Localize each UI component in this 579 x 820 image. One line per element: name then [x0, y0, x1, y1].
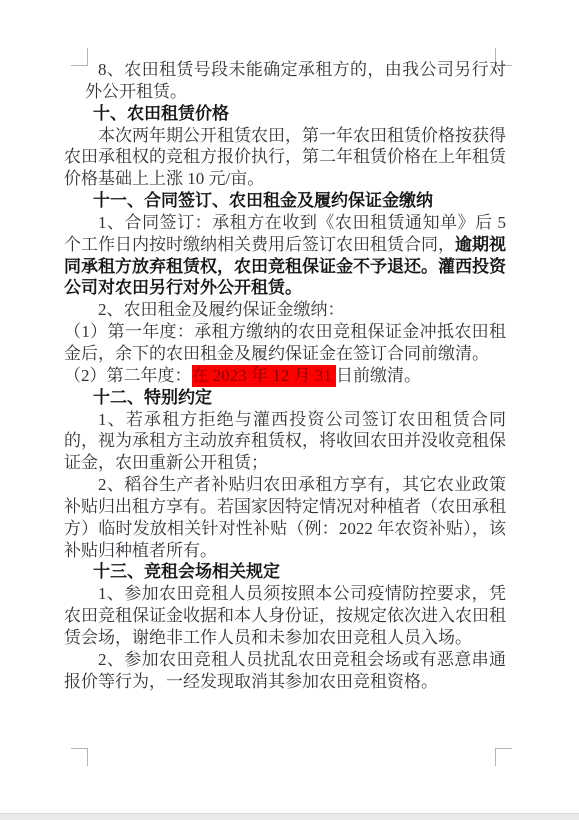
document-page: 8、农田租赁号段未能确定承租方的，由我公司另行对外公开租赁。 十、农田租赁价格 …	[0, 0, 579, 820]
contract-signing-normal-text: 1、合同签订：承租方在收到《农田租赁通知单》后 5 个工作日内按时缴纳相关费用后…	[64, 213, 506, 254]
para-contract-signing: 1、合同签订：承租方在收到《农田租赁通知单》后 5 个工作日内按时缴纳相关费用后…	[64, 212, 506, 299]
para-special-term-2: 2、稻谷生产者补贴归农田承租方享有，其它农业政策补贴归出租方享有。若国家因特定情…	[64, 474, 506, 561]
page-edge-strip	[0, 813, 579, 820]
para-payment-intro: 2、农田租金及履约保证金缴纳：	[64, 299, 506, 321]
second-year-prefix: （2）第二年度：	[64, 366, 192, 385]
heading-12-special-terms: 十二、特别约定	[64, 387, 506, 409]
para-first-year: （1）第一年度：承租方缴纳的农田竞租保证金冲抵农田租金后，余下的农田租金及履约保…	[64, 321, 506, 365]
deadline-date-highlight: 在 2023 年 12 月 31	[192, 365, 337, 387]
document-text-block: 8、农田租赁号段未能确定承租方的，由我公司另行对外公开租赁。 十、农田租赁价格 …	[64, 59, 506, 692]
para-venue-rule-2: 2、参加农田竞租人员扰乱农田竞租会场或有恶意串通报价等行为，一经发现取消其参加农…	[64, 649, 506, 693]
heading-10-rental-price: 十、农田租赁价格	[64, 103, 506, 125]
para-venue-rule-1: 1、参加农田竞租人员须按照本公司疫情防控要求，凭农田竞租保证金收据和本人身份证，…	[64, 583, 506, 649]
crop-mark-bottom-right	[495, 748, 512, 766]
para-rental-price-body: 本次两年期公开租赁农田，第一年农田租赁价格按获得农田承租权的竞租方报价执行，第二…	[64, 125, 506, 191]
heading-13-venue-rules: 十三、竞租会场相关规定	[64, 561, 506, 583]
second-year-suffix: 日前缴清。	[336, 366, 421, 385]
crop-mark-bottom-left	[71, 748, 88, 766]
heading-11-contract-payment: 十一、合同签订、农田租金及履约保证金缴纳	[64, 190, 506, 212]
para-second-year: （2）第二年度：在 2023 年 12 月 31 日前缴清。	[64, 365, 506, 387]
para-8-reletting: 8、农田租赁号段未能确定承租方的，由我公司另行对外公开租赁。	[85, 59, 506, 103]
para-special-term-1: 1、若承租方拒绝与灌西投资公司签订农田租赁合同的，视为承租方主动放弃租赁权，将收…	[64, 409, 506, 475]
